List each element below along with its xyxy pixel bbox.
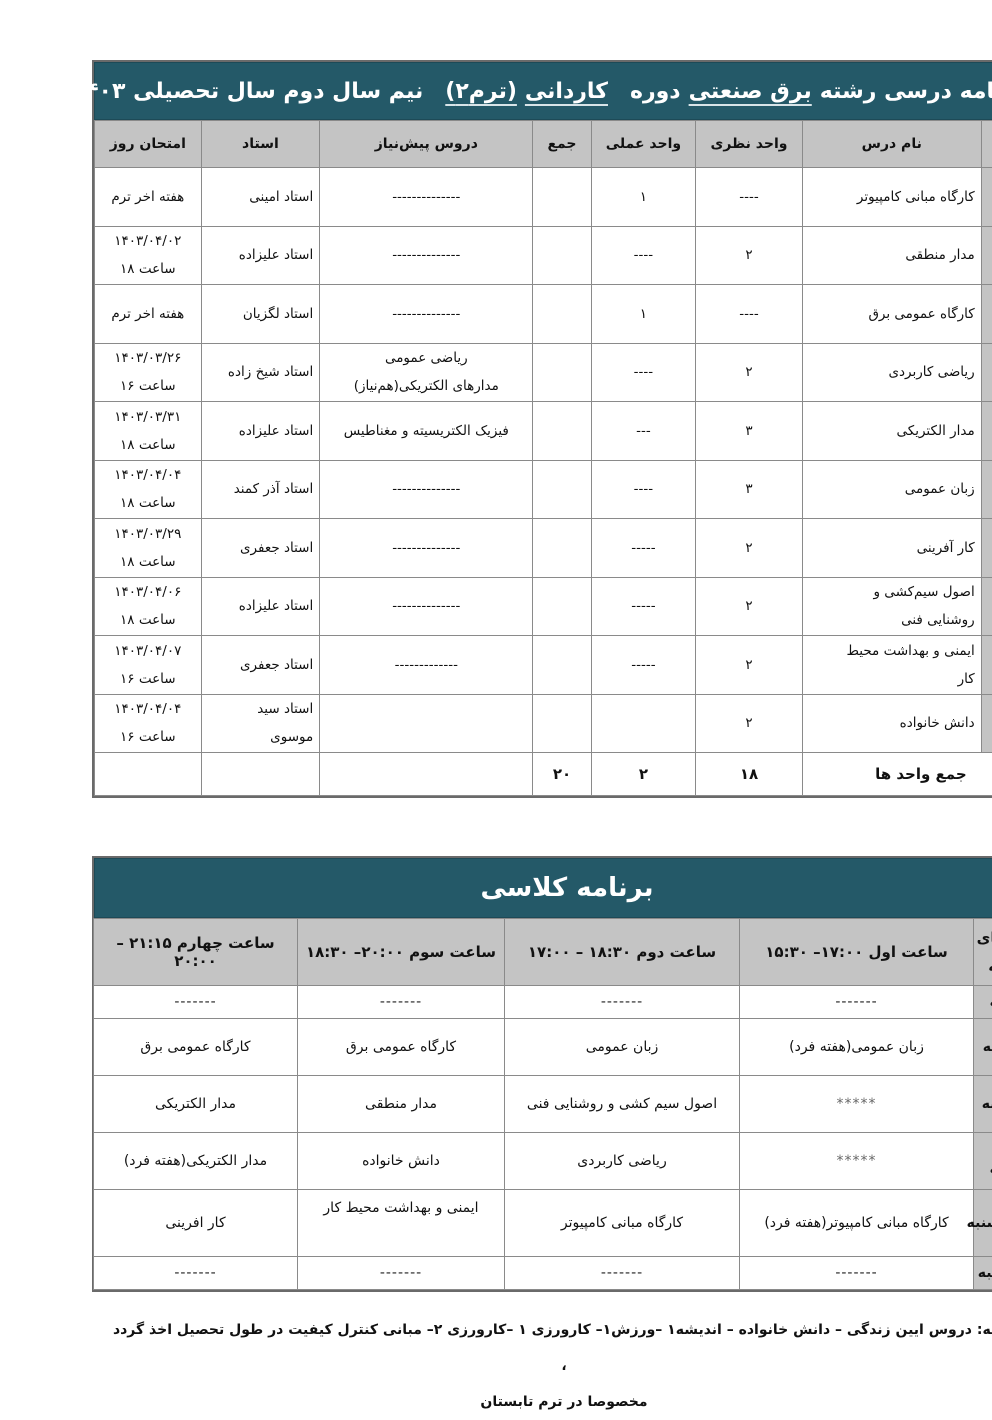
- exam-date-text: ساعت ۱۶: [52, 729, 108, 745]
- practical-units-text: -----: [563, 657, 587, 673]
- practical-units: ۱: [523, 168, 628, 227]
- header-theory-units: واحد نظری: [628, 121, 735, 168]
- course-name-text: دانش خانواده: [832, 715, 907, 731]
- unit-sum: [465, 285, 523, 344]
- curriculum-banner: برنامه درسی رشته برق صنعتی دوره کاردانی …: [26, 62, 972, 120]
- course-name: کار آفرینی: [734, 519, 913, 578]
- weekday: پنجشنبه: [906, 1257, 972, 1290]
- slot-2-class: اصول سیم کشی و روشنایی فنی: [437, 1076, 672, 1133]
- teacher: استاد علیزاده: [133, 577, 252, 636]
- theory-units-text: ۳: [677, 481, 684, 497]
- course-name-text: مدار منطقی: [837, 247, 906, 263]
- slot-3-class: ایمنی و بهداشت محیط کار: [230, 1190, 437, 1257]
- row-number: ۲: [913, 226, 971, 285]
- schedule-header-row: روزهایهفته ساعت اول ۱۷:۰۰– ۱۵:۳۰ ساعت دو…: [26, 919, 972, 986]
- prerequisites-text: --------------: [324, 189, 392, 205]
- header-prerequisites: دروس پیش‌نیاز: [252, 121, 465, 168]
- header-row: ردیف نام درس واحد نظری واحد عملی جمع درو…: [27, 121, 972, 168]
- header-sum: جمع: [465, 121, 523, 168]
- prerequisites-text: ریاضی عمومی: [317, 350, 400, 366]
- banner-term: (ترم۲): [377, 79, 449, 104]
- row-number: ۱۰: [913, 636, 971, 695]
- exam-date-text: هفته اخر ترم: [43, 189, 116, 205]
- table-row: ۵مدار الکتریکی۳---فیزیک الکتریسیته و مغن…: [27, 402, 972, 461]
- weekday: چهارشنبه: [906, 1190, 972, 1257]
- row-number: ۸: [913, 577, 971, 636]
- header-weekdays-line2: هفته: [920, 957, 956, 975]
- schedule-row: چهارشنبهکارگاه مبانی کامپیوتر(هفته فرد)ک…: [26, 1190, 972, 1257]
- unit-sum: [465, 519, 523, 578]
- unit-sum: [465, 226, 523, 285]
- practical-units: ۱: [523, 285, 628, 344]
- class-schedule: برنامه کلاسی روزهایهفته ساعت اول ۱۷:۰۰– …: [24, 856, 974, 1292]
- practical-units-text: -----: [563, 598, 587, 614]
- course-name-text: ریاضی کاربردی: [820, 364, 906, 380]
- row-number: ۶: [913, 460, 971, 519]
- prerequisites: --------------: [252, 519, 465, 578]
- exam-date-text: هفته اخر ترم: [43, 306, 116, 322]
- prerequisites-text: --------------: [324, 306, 392, 322]
- exam-date-text: ۱۴۰۳/۰۳/۲۹: [46, 526, 113, 542]
- weekday: شنبه: [906, 986, 972, 1019]
- slot-1-class: *****: [672, 1076, 906, 1133]
- exam-date-text: ۱۴۰۳/۰۴/۰۶: [46, 584, 113, 600]
- prerequisites: --------------: [252, 168, 465, 227]
- schedule-row: شنبه----------------------------: [26, 986, 972, 1019]
- teacher: استاد علیزاده: [133, 226, 252, 285]
- teacher-text: موسوی: [202, 729, 245, 745]
- theory-units-text: ----: [671, 306, 691, 322]
- row-number-text: ۵: [938, 422, 946, 440]
- teacher-text: استاد امینی: [181, 189, 245, 205]
- practical-units-text: ۱: [572, 189, 579, 205]
- total-empty-prereq: [252, 753, 465, 796]
- theory-units-text: ----: [671, 189, 691, 205]
- theory-units-text: ۲: [677, 540, 684, 556]
- teacher: استاد آذر کمند: [133, 460, 252, 519]
- exam-date-text: ۱۴۰۳/۰۳/۳۱: [46, 409, 113, 425]
- curriculum-grid: ردیف نام درس واحد نظری واحد عملی جمع درو…: [26, 120, 972, 796]
- theory-units: ۲: [628, 636, 735, 695]
- unit-sum: [465, 402, 523, 461]
- slot-3-class: -------: [230, 1257, 437, 1290]
- weekday: یکشنبه: [906, 1019, 972, 1076]
- prerequisites-text: مدارهای الکتریکی(هم‌نیاز): [286, 378, 431, 394]
- theory-units-text: ۲: [677, 598, 684, 614]
- schedule-row: دوشنبه*****اصول سیم کشی و روشنایی فنیمدا…: [26, 1076, 972, 1133]
- prerequisites: --------------: [252, 577, 465, 636]
- slot-1-class: -------: [672, 1257, 906, 1290]
- row-number-text: ۴: [938, 363, 946, 381]
- exam-date-text: ۱۴۰۳/۰۴/۰۴: [46, 701, 113, 717]
- theory-units: ۲: [628, 694, 735, 753]
- teacher: استاد سیدموسوی: [133, 694, 252, 753]
- course-name-text: روشنایی فنی: [833, 612, 907, 628]
- header-weekdays-line1: روزهای: [909, 929, 965, 947]
- teacher-text: استاد علیزاده: [171, 598, 245, 614]
- note-line-2: مخصوصا در ترم تابستان: [40, 1384, 952, 1420]
- banner-text-3: نیم سال دوم سال تحصیلی ۱۴۰۳– ۱۴۰۲: [0, 79, 355, 104]
- slot-3-class: مدار منطقی: [230, 1076, 437, 1133]
- unit-sum: [465, 577, 523, 636]
- teacher-text: استاد آذر کمند: [166, 481, 246, 497]
- schedule-row: پنجشنبه----------------------------: [26, 1257, 972, 1290]
- teacher-text: استاد جعفری: [172, 657, 245, 673]
- schedule-grid: روزهایهفته ساعت اول ۱۷:۰۰– ۱۵:۳۰ ساعت دو…: [25, 918, 972, 1290]
- header-course: نام درس: [734, 121, 913, 168]
- exam-date-text: ساعت ۱۶: [52, 671, 108, 687]
- header-slot-3: ساعت سوم ۲۰:۰۰– ۱۸:۳۰: [230, 919, 437, 986]
- teacher: استاد علیزاده: [133, 402, 252, 461]
- prerequisites-text: --------------: [324, 247, 392, 263]
- course-name: مدار منطقی: [734, 226, 913, 285]
- header-row-number: ردیف: [913, 121, 971, 168]
- table-row: ۸اصول سیم‌کشی وروشنایی فنی۲-------------…: [27, 577, 972, 636]
- prerequisites: -------------: [252, 636, 465, 695]
- row-number: ۵: [913, 402, 971, 461]
- practical-units: -----: [523, 519, 628, 578]
- practical-units: ---: [523, 402, 628, 461]
- slot-4-class: -------: [26, 986, 230, 1019]
- total-empty-teacher: [133, 753, 252, 796]
- course-name-text: کار آفرینی: [849, 540, 907, 556]
- prerequisites: --------------: [252, 285, 465, 344]
- table-row: ۲مدار منطقی۲------------------استاد علیز…: [27, 226, 972, 285]
- row-number: ۱: [913, 168, 971, 227]
- exam-date-text: ۱۴۰۳/۰۴/۰۲: [46, 233, 113, 249]
- row-number: ۱۱: [913, 694, 971, 753]
- prerequisites: [252, 694, 465, 753]
- slot-2-class: -------: [437, 986, 672, 1019]
- practical-units-text: ۱: [572, 306, 579, 322]
- theory-units-text: ۲: [677, 715, 684, 731]
- practical-units: ----: [523, 460, 628, 519]
- header-practical-units: واحد عملی: [523, 121, 628, 168]
- row-number-text: ۸: [938, 597, 946, 615]
- exam-date-text: ساعت ۱۸: [52, 554, 108, 570]
- exam-date: ۱۴۰۳/۰۳/۲۶ساعت ۱۶: [27, 343, 134, 402]
- teacher-text: استاد علیزاده: [171, 423, 245, 439]
- table-row: ۱۱دانش خانواده۲استاد سیدموسوی۱۴۰۳/۰۴/۰۴س…: [27, 694, 972, 753]
- exam-date: ۱۴۰۳/۰۳/۲۹ساعت ۱۸: [27, 519, 134, 578]
- total-theory: ۱۸: [628, 753, 735, 796]
- table-row: ۱۰ایمنی و بهداشت محیطکار۲---------------…: [27, 636, 972, 695]
- course-name: مدار الکتریکی: [734, 402, 913, 461]
- course-name: ریاضی کاربردی: [734, 343, 913, 402]
- total-practical: ۲: [523, 753, 628, 796]
- theory-units-text: ۲: [677, 364, 684, 380]
- header-exam-day: امتحان روز: [27, 121, 134, 168]
- banner-level: کاردانی: [457, 79, 540, 104]
- prerequisites-text: -------------: [327, 657, 390, 673]
- exam-date: ۱۴۰۳/۰۴/۰۷ساعت ۱۶: [27, 636, 134, 695]
- slot-4-class: مدار الکتریکی(هفته فرد): [26, 1133, 230, 1190]
- prerequisites-text: --------------: [324, 540, 392, 556]
- prerequisites-text: --------------: [324, 481, 392, 497]
- weekday: دوشنبه: [906, 1076, 972, 1133]
- practical-units: -----: [523, 636, 628, 695]
- slot-4-class: کار افرینی: [26, 1190, 230, 1257]
- unit-sum: [465, 343, 523, 402]
- exam-date: ۱۴۰۳/۰۴/۰۴ساعت ۱۶: [27, 694, 134, 753]
- slot-1-class: کارگاه مبانی کامپیوتر(هفته فرد): [672, 1190, 906, 1257]
- header-slot-4: ساعت چهارم ۲۱:۱۵ – ۲۰:۰۰: [26, 919, 230, 986]
- course-name-text: مدار الکتریکی: [829, 423, 907, 439]
- practical-units: ----: [523, 226, 628, 285]
- curriculum-table: برنامه درسی رشته برق صنعتی دوره کاردانی …: [24, 60, 974, 798]
- course-name: دانش خانواده: [734, 694, 913, 753]
- table-row: ۷کار آفرینی۲-------------------استاد جعف…: [27, 519, 972, 578]
- schedule-row: سه شنبه*****ریاضی کاربردیدانش خانوادهمدا…: [26, 1133, 972, 1190]
- exam-date-text: ۱۴۰۳/۰۳/۲۶: [46, 350, 113, 366]
- exam-date-text: ساعت ۱۸: [52, 495, 108, 511]
- slot-3-class: کارگاه عمومی برق: [230, 1019, 437, 1076]
- theory-units: ۲: [628, 226, 735, 285]
- teacher-text: استاد شیخ زاده: [160, 364, 245, 380]
- total-label: جمع واحد ها: [734, 753, 971, 796]
- theory-units: ۲: [628, 577, 735, 636]
- prerequisites-text: فیزیک الکتریسیته و مغناطیس: [276, 423, 441, 439]
- unit-sum: [465, 636, 523, 695]
- exam-date-text: ساعت ۱۸: [52, 261, 108, 277]
- teacher: استاد شیخ زاده: [133, 343, 252, 402]
- total-empty-exam: [27, 753, 134, 796]
- slot-1-class: -------: [672, 986, 906, 1019]
- row-number-text: ۲: [938, 246, 946, 264]
- slot-4-class: مدار الکتریکی: [26, 1076, 230, 1133]
- table-row: ۴ریاضی کاربردی۲----ریاضی عمومیمدارهای ال…: [27, 343, 972, 402]
- theory-units: ----: [628, 285, 735, 344]
- table-row: ۱کارگاه مبانی کامپیوتر----۱-------------…: [27, 168, 972, 227]
- header-slot-1: ساعت اول ۱۷:۰۰– ۱۵:۳۰: [672, 919, 906, 986]
- row-number-text: ۶: [938, 480, 946, 498]
- exam-date-text: ۱۴۰۳/۰۴/۰۷: [46, 643, 113, 659]
- slot-3-class: دانش خانواده: [230, 1133, 437, 1190]
- banner-text-1: برنامه درسی رشته: [752, 79, 957, 104]
- unit-sum: [465, 694, 523, 753]
- theory-units: ۳: [628, 460, 735, 519]
- course-name: اصول سیم‌کشی وروشنایی فنی: [734, 577, 913, 636]
- row-number: ۷: [913, 519, 971, 578]
- exam-date: ۱۴۰۳/۰۴/۰۶ساعت ۱۸: [27, 577, 134, 636]
- exam-date: ۱۴۰۳/۰۴/۰۲ساعت ۱۸: [27, 226, 134, 285]
- exam-date-text: ساعت ۱۶: [52, 378, 108, 394]
- theory-units-text: ۲: [677, 657, 684, 673]
- teacher: استاد جعفری: [133, 519, 252, 578]
- exam-date: هفته اخر ترم: [27, 168, 134, 227]
- teacher: استاد جعفری: [133, 636, 252, 695]
- slot-2-class: کارگاه مبانی کامپیوتر: [437, 1190, 672, 1257]
- row-number-text: ۱: [938, 188, 946, 206]
- slot-4-class: کارگاه عمومی برق: [26, 1019, 230, 1076]
- slot-2-class: زبان عمومی: [437, 1019, 672, 1076]
- prerequisites: فیزیک الکتریسیته و مغناطیس: [252, 402, 465, 461]
- prerequisites-text: --------------: [324, 598, 392, 614]
- header-slot-2: ساعت دوم ۱۸:۳۰ – ۱۷:۰۰: [437, 919, 672, 986]
- course-name: ایمنی و بهداشت محیطکار: [734, 636, 913, 695]
- exam-date: ۱۴۰۳/۰۳/۳۱ساعت ۱۸: [27, 402, 134, 461]
- prerequisites: --------------: [252, 460, 465, 519]
- table-row: ۳کارگاه عمومی برق----۱--------------استا…: [27, 285, 972, 344]
- teacher-text: استاد لگزیان: [175, 306, 245, 322]
- theory-units-text: ۳: [677, 423, 684, 439]
- course-name-text: اصول سیم‌کشی و: [806, 584, 907, 600]
- row-number-text: ۷: [938, 539, 946, 557]
- schedule-row: یکشنبهزبان عمومی(هفته فرد)زبان عمومیکارگ…: [26, 1019, 972, 1076]
- slot-3-class: -------: [230, 986, 437, 1019]
- exam-date-text: ساعت ۱۸: [52, 612, 108, 628]
- practical-units: [523, 694, 628, 753]
- row-number-text: ۱۱: [934, 714, 950, 732]
- prerequisites: ریاضی عمومیمدارهای الکتریکی(هم‌نیاز): [252, 343, 465, 402]
- note-line-1: توجه: دروس ایین زندگی – دانش خانواده – ا…: [40, 1312, 952, 1384]
- row-number: ۴: [913, 343, 971, 402]
- practical-units: ----: [523, 343, 628, 402]
- total-row: جمع واحد ها ۱۸ ۲ ۲۰: [27, 753, 972, 796]
- schedule-title: برنامه کلاسی: [26, 858, 972, 918]
- row-number-text: ۳: [938, 305, 946, 323]
- theory-units: ۳: [628, 402, 735, 461]
- course-name-text: کارگاه مبانی کامپیوتر: [789, 189, 907, 205]
- teacher-text: استاد سید: [189, 701, 245, 717]
- course-name: کارگاه عمومی برق: [734, 285, 913, 344]
- exam-date: هفته اخر ترم: [27, 285, 134, 344]
- course-name: زبان عمومی: [734, 460, 913, 519]
- slot-4-class: -------: [26, 1257, 230, 1290]
- theory-units-text: ۲: [677, 247, 684, 263]
- teacher: استاد لگزیان: [133, 285, 252, 344]
- course-name-text: کار: [890, 671, 907, 687]
- weekday: سه شنبه: [906, 1133, 972, 1190]
- course-name-text: زبان عمومی: [837, 481, 907, 497]
- prerequisites: --------------: [252, 226, 465, 285]
- exam-date: ۱۴۰۳/۰۴/۰۴ساعت ۱۸: [27, 460, 134, 519]
- banner-text-2: دوره: [562, 79, 613, 104]
- practical-units-text: ----: [566, 481, 586, 497]
- total-sum: ۲۰: [465, 753, 523, 796]
- slot-1-class: *****: [672, 1133, 906, 1190]
- slot-1-class: زبان عمومی(هفته فرد): [672, 1019, 906, 1076]
- teacher-text: استاد علیزاده: [171, 247, 245, 263]
- practical-units-text: ----: [566, 247, 586, 263]
- slot-2-class: ریاضی کاربردی: [437, 1133, 672, 1190]
- course-name-text: کارگاه عمومی برق: [800, 306, 906, 322]
- table-row: ۶زبان عمومی۳------------------استاد آذر …: [27, 460, 972, 519]
- row-number: ۳: [913, 285, 971, 344]
- theory-units: ۲: [628, 343, 735, 402]
- course-name-text: ایمنی و بهداشت محیط: [778, 643, 906, 659]
- practical-units-text: -----: [563, 540, 587, 556]
- header-teacher: استاد: [133, 121, 252, 168]
- unit-sum: [465, 168, 523, 227]
- practical-units: -----: [523, 577, 628, 636]
- exam-date-text: ۱۴۰۳/۰۴/۰۴: [46, 467, 113, 483]
- banner-major: برق صنعتی: [621, 79, 744, 104]
- practical-units-text: ---: [568, 423, 583, 439]
- teacher-text: استاد جعفری: [172, 540, 245, 556]
- exam-date-text: ساعت ۱۸: [52, 437, 108, 453]
- theory-units: ----: [628, 168, 735, 227]
- theory-units: ۲: [628, 519, 735, 578]
- practical-units-text: ----: [566, 364, 586, 380]
- row-number-text: ۱۰: [934, 656, 950, 674]
- slot-2-class: -------: [437, 1257, 672, 1290]
- course-name: کارگاه مبانی کامپیوتر: [734, 168, 913, 227]
- unit-sum: [465, 460, 523, 519]
- header-weekdays: روزهایهفته: [906, 919, 972, 986]
- teacher: استاد امینی: [133, 168, 252, 227]
